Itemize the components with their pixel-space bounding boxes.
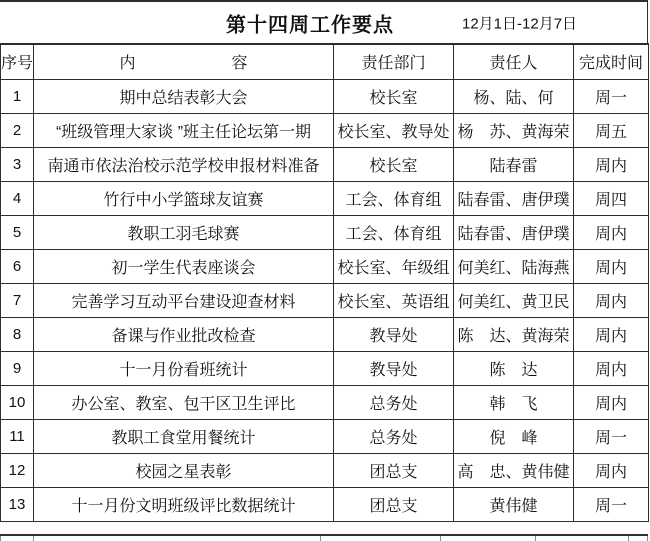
column-header-person: 责任人 <box>454 44 574 79</box>
table-row: 5教职工羽毛球赛工会、体育组陆春雷、唐伊璞周内 <box>1 215 649 249</box>
cell-content: 校园之星表彰 <box>34 453 334 487</box>
cell-divider <box>320 536 321 541</box>
table-row: 1期中总结表彰大会校长室杨、陆、何周一 <box>1 79 649 113</box>
cell-no: 1 <box>1 79 34 113</box>
cell-divider <box>0 536 1 541</box>
cell-time: 周一 <box>574 419 649 453</box>
cell-time: 周内 <box>574 385 649 419</box>
cell-content: 南通市依法治校示范学校申报材料准备 <box>34 147 334 181</box>
cell-content: 期中总结表彰大会 <box>34 79 334 113</box>
table-header: 序号 内 容 责任部门 责任人 完成时间 <box>1 44 649 79</box>
cell-time: 周四 <box>574 181 649 215</box>
date-range: 12月1日-12月7日 <box>462 12 577 33</box>
header-row: 序号 内 容 责任部门 责任人 完成时间 <box>1 44 649 79</box>
cell-divider <box>647 536 648 541</box>
cell-time: 周内 <box>574 215 649 249</box>
cell-time: 周五 <box>574 113 649 147</box>
cell-person: 倪 峰 <box>454 419 574 453</box>
cell-content: 十一月份看班统计 <box>34 351 334 385</box>
column-header-time: 完成时间 <box>574 44 649 79</box>
cell-person: 杨 苏、黄海荣 <box>454 113 574 147</box>
table-row: 6初一学生代表座谈会校长室、年级组何美红、陆海燕周内 <box>1 249 649 283</box>
cell-time: 周内 <box>574 317 649 351</box>
cell-person: 陆春雷 <box>454 147 574 181</box>
column-header-no: 序号 <box>1 44 34 79</box>
table-row: 2“班级管理大家谈 ”班主任论坛第一期校长室、教导处杨 苏、黄海荣周五 <box>1 113 649 147</box>
cell-no: 10 <box>1 385 34 419</box>
cell-content: 竹行中小学篮球友谊赛 <box>34 181 334 215</box>
cell-content: 教职工食堂用餐统计 <box>34 419 334 453</box>
cell-department: 教导处 <box>334 317 454 351</box>
cell-time: 周内 <box>574 453 649 487</box>
cell-no: 8 <box>1 317 34 351</box>
cell-department: 总务处 <box>334 419 454 453</box>
cell-divider <box>440 536 441 541</box>
column-header-content: 内 容 <box>34 44 334 79</box>
cell-no: 11 <box>1 419 34 453</box>
cell-person: 高 忠、黄伟健 <box>454 453 574 487</box>
cell-content: 办公室、教室、包干区卫生评比 <box>34 385 334 419</box>
cell-divider <box>33 536 34 541</box>
cell-department: 团总支 <box>334 487 454 521</box>
document-page: 第十四周工作要点 12月1日-12月7日 序号 内 容 责任部门 责任人 完成时… <box>0 0 650 541</box>
table-row: 4竹行中小学篮球友谊赛工会、体育组陆春雷、唐伊璞周四 <box>1 181 649 215</box>
cell-person: 何美红、陆海燕 <box>454 249 574 283</box>
cell-person: 黄伟健 <box>454 487 574 521</box>
work-plan-table: 序号 内 容 责任部门 责任人 完成时间 1期中总结表彰大会校长室杨、陆、何周一… <box>0 43 649 522</box>
table-row: 12校园之星表彰团总支高 忠、黄伟健周内 <box>1 453 649 487</box>
cell-person: 韩 飞 <box>454 385 574 419</box>
cell-department: 校长室、教导处 <box>334 113 454 147</box>
cell-no: 2 <box>1 113 34 147</box>
table-row: 3南通市依法治校示范学校申报材料准备校长室陆春雷周内 <box>1 147 649 181</box>
cell-divider <box>535 536 536 541</box>
cell-content: 教职工羽毛球赛 <box>34 215 334 249</box>
cell-divider <box>628 536 629 541</box>
cell-no: 3 <box>1 147 34 181</box>
cell-no: 5 <box>1 215 34 249</box>
cell-department: 工会、体育组 <box>334 181 454 215</box>
page-title: 第十四周工作要点 <box>226 8 394 37</box>
cell-time: 周内 <box>574 147 649 181</box>
cell-no: 6 <box>1 249 34 283</box>
cell-content: 十一月份文明班级评比数据统计 <box>34 487 334 521</box>
cell-person: 陈 达、黄海荣 <box>454 317 574 351</box>
cell-no: 9 <box>1 351 34 385</box>
table-row: 9十一月份看班统计教导处陈 达周内 <box>1 351 649 385</box>
cell-person: 陆春雷、唐伊璞 <box>454 215 574 249</box>
cell-no: 4 <box>1 181 34 215</box>
cell-department: 团总支 <box>334 453 454 487</box>
cell-content: 备课与作业批改检查 <box>34 317 334 351</box>
table-row: 10办公室、教室、包干区卫生评比总务处韩 飞周内 <box>1 385 649 419</box>
cell-department: 教导处 <box>334 351 454 385</box>
cell-department: 校长室、英语组 <box>334 283 454 317</box>
cell-time: 周内 <box>574 249 649 283</box>
cell-time: 周内 <box>574 283 649 317</box>
table-body: 1期中总结表彰大会校长室杨、陆、何周一2“班级管理大家谈 ”班主任论坛第一期校长… <box>1 79 649 521</box>
cell-time: 周内 <box>574 351 649 385</box>
cell-content: “班级管理大家谈 ”班主任论坛第一期 <box>34 113 334 147</box>
cell-content: 完善学习互动平台建设迎查材料 <box>34 283 334 317</box>
cell-time: 周一 <box>574 487 649 521</box>
cell-department: 校长室 <box>334 147 454 181</box>
cell-department: 总务处 <box>334 385 454 419</box>
table-row: 7完善学习互动平台建设迎查材料校长室、英语组何美红、黄卫民周内 <box>1 283 649 317</box>
cell-person: 何美红、黄卫民 <box>454 283 574 317</box>
cell-content: 初一学生代表座谈会 <box>34 249 334 283</box>
cell-department: 工会、体育组 <box>334 215 454 249</box>
table-row: 8备课与作业批改检查教导处陈 达、黄海荣周内 <box>1 317 649 351</box>
table-row: 11教职工食堂用餐统计总务处倪 峰周一 <box>1 419 649 453</box>
cell-no: 7 <box>1 283 34 317</box>
cell-department: 校长室 <box>334 79 454 113</box>
cell-person: 陈 达 <box>454 351 574 385</box>
cell-time: 周一 <box>574 79 649 113</box>
column-header-department: 责任部门 <box>334 44 454 79</box>
cell-department: 校长室、年级组 <box>334 249 454 283</box>
cell-person: 杨、陆、何 <box>454 79 574 113</box>
cell-no: 13 <box>1 487 34 521</box>
title-bar: 第十四周工作要点 12月1日-12月7日 <box>0 0 648 43</box>
cell-person: 陆春雷、唐伊璞 <box>454 181 574 215</box>
table-row: 13十一月份文明班级评比数据统计团总支黄伟健周一 <box>1 487 649 521</box>
cell-no: 12 <box>1 453 34 487</box>
cutoff-next-row <box>0 534 648 541</box>
